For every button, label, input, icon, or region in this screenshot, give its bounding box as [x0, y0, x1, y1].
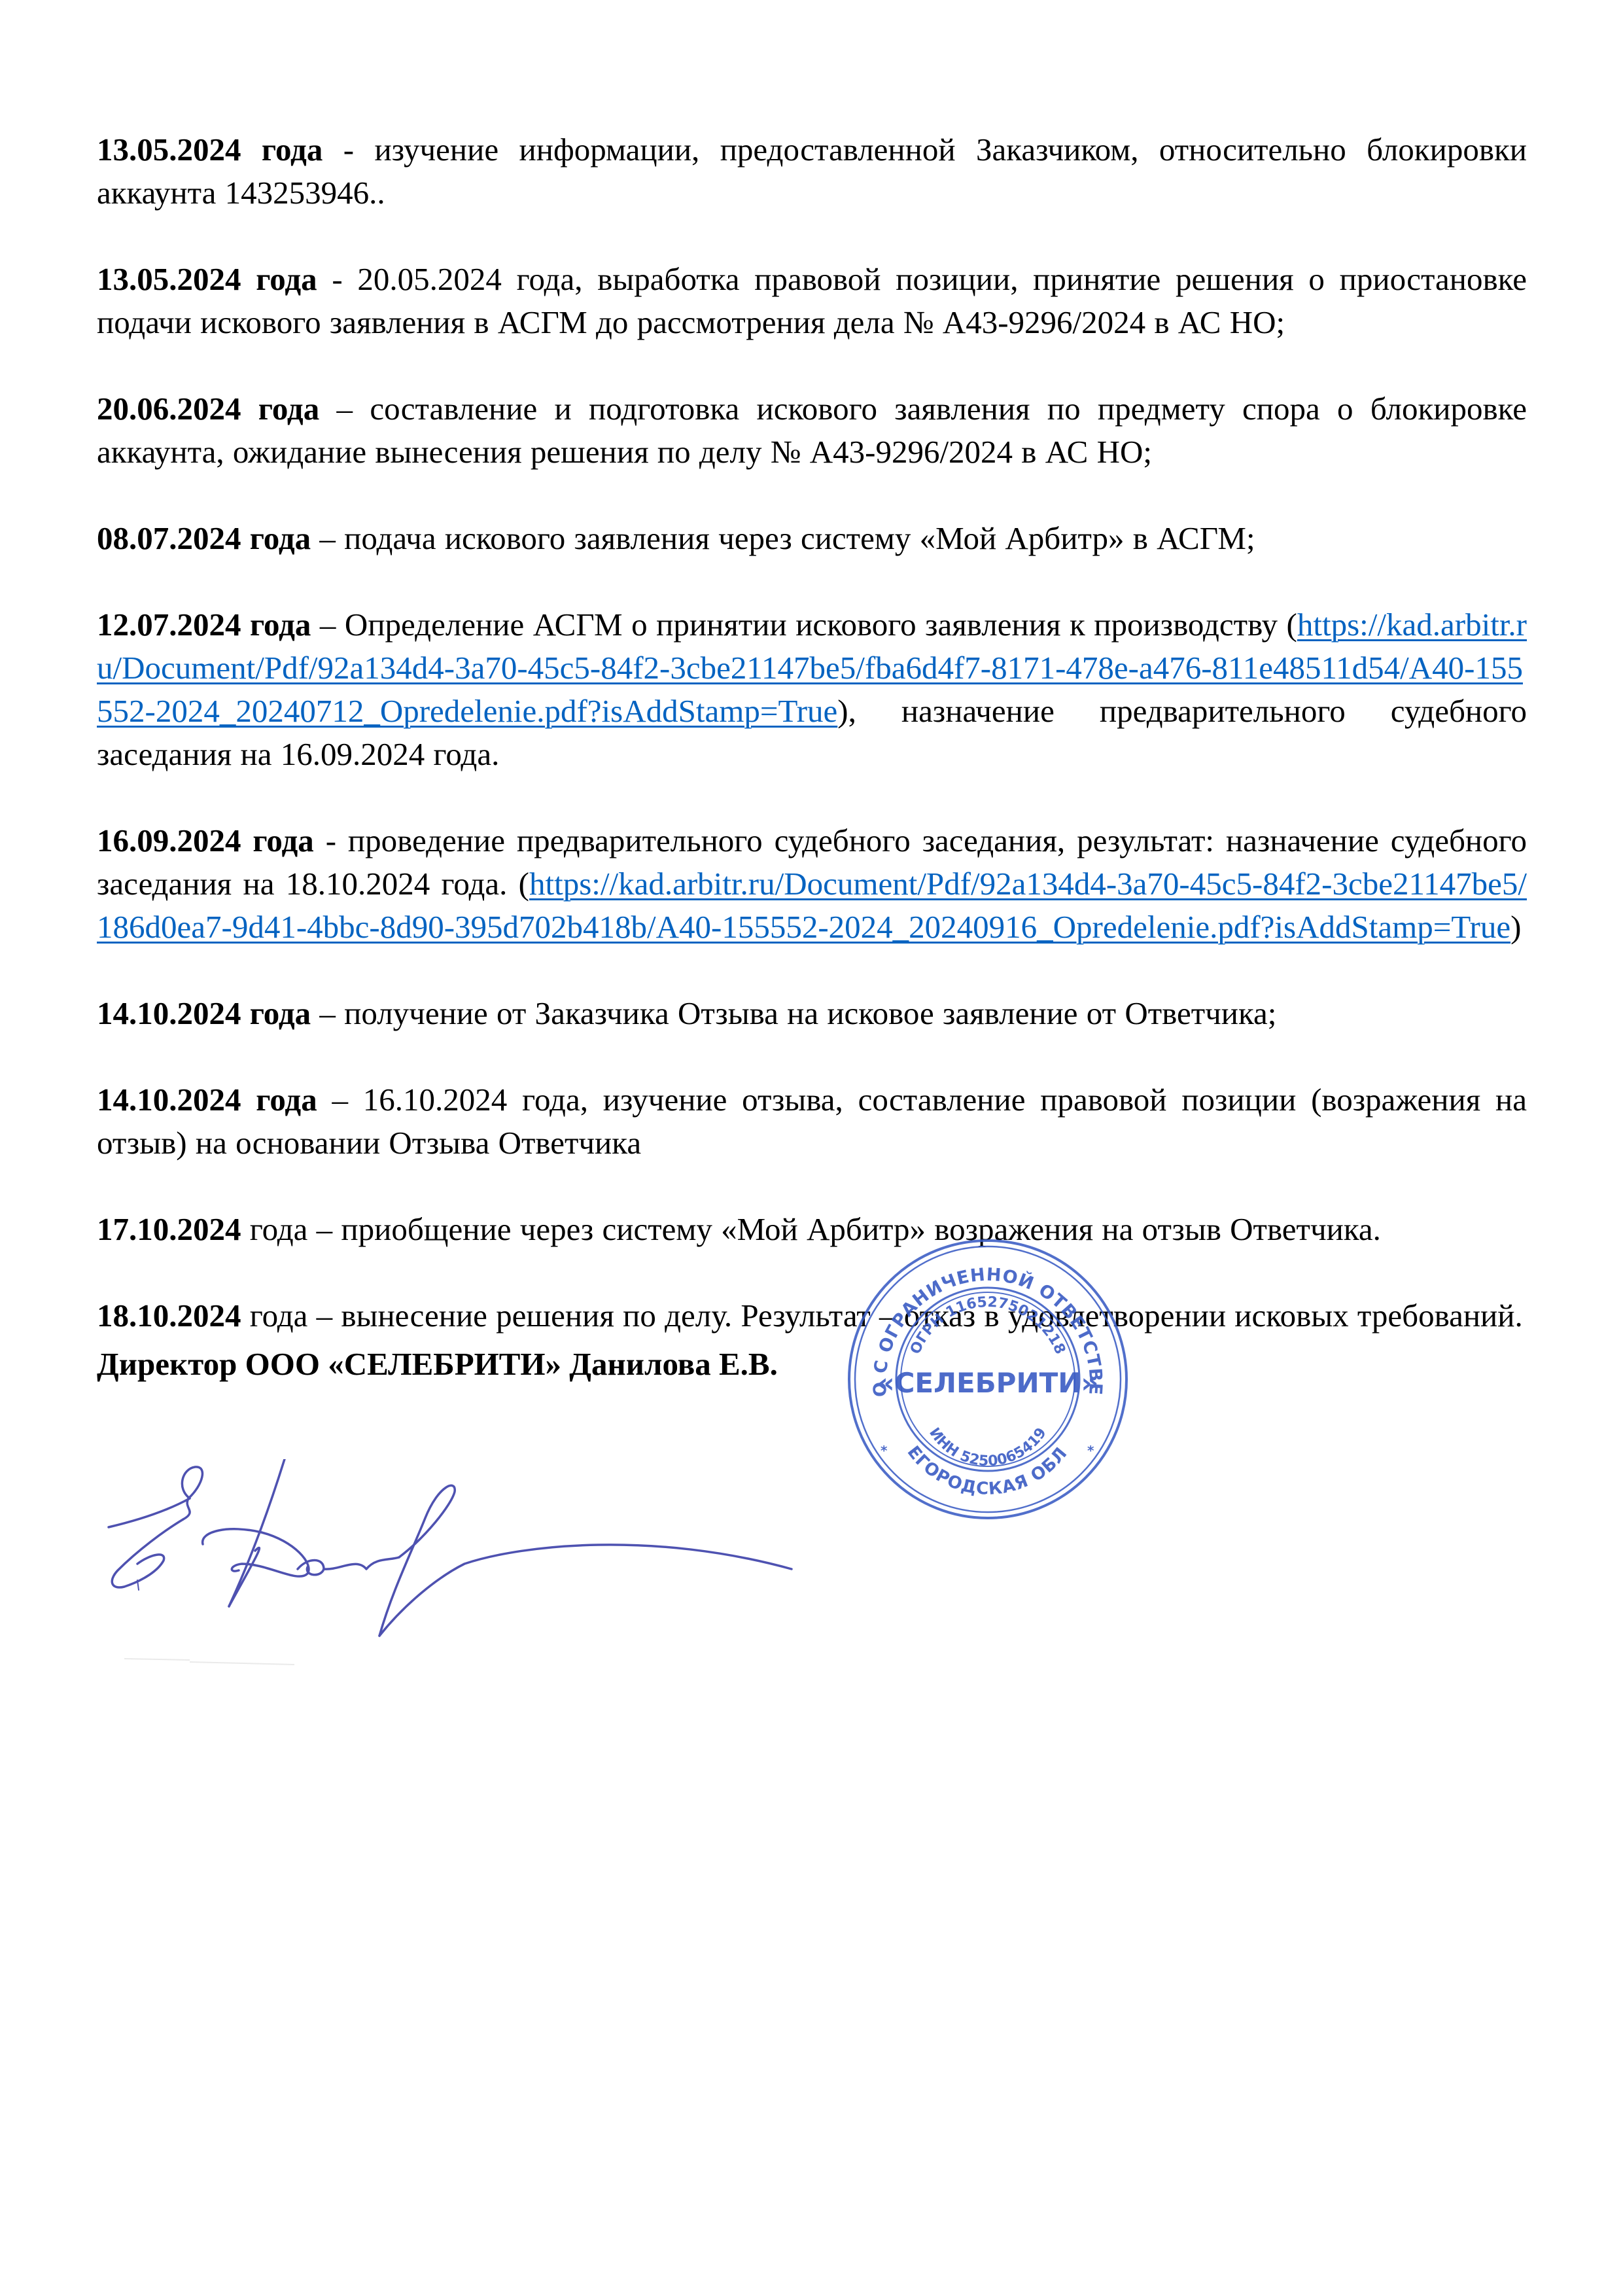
timeline-entry: 20.06.2024 года – составление и подготов…: [97, 387, 1527, 474]
svg-text:*: *: [881, 1443, 888, 1458]
entry-text: – Определение АСГМ о принятии искового з…: [311, 607, 1297, 643]
timeline-entry: 14.10.2024 года – получение от Заказчика…: [97, 992, 1527, 1035]
stamp-inn: ИНН 5250065419: [926, 1425, 1050, 1470]
entry-date: 17.10.2024: [97, 1211, 241, 1247]
svg-text:*: *: [1087, 1443, 1094, 1458]
timeline-entry: 13.05.2024 года - 20.05.2024 года, выраб…: [97, 258, 1527, 344]
entry-date: 20.06.2024 года: [97, 391, 319, 427]
svg-text:ИНН 5250065419: ИНН 5250065419: [926, 1425, 1050, 1470]
entry-date: 13.05.2024 года: [97, 261, 317, 297]
entry-date: 13.05.2024 года: [97, 132, 323, 168]
entry-date: 12.07.2024 года: [97, 607, 311, 643]
entry-date: 14.10.2024 года: [97, 995, 311, 1031]
timeline-entry: 14.10.2024 года – 16.10.2024 года, изуче…: [97, 1078, 1527, 1165]
stamp-ogrn: ОГРН 1165275021218: [907, 1294, 1068, 1357]
entry-text: – получение от Заказчика Отзыва на исков…: [311, 995, 1276, 1031]
entry-date: 16.09.2024 года: [97, 822, 314, 858]
timeline-entry: 16.09.2024 года - проведение предварител…: [97, 819, 1527, 949]
svg-text:ОГРН 1165275021218: ОГРН 1165275021218: [907, 1294, 1068, 1357]
timeline-entry: 17.10.2024 года – приобщение через систе…: [97, 1208, 1527, 1251]
entry-date: 18.10.2024: [97, 1298, 241, 1333]
stamp-company-name: «СЕЛЕБРИТИ»: [877, 1367, 1098, 1399]
handwritten-signature-icon: [98, 1459, 824, 1669]
entry-text: ): [1510, 909, 1521, 945]
timeline-entry: 12.07.2024 года – Определение АСГМ о при…: [97, 603, 1527, 776]
document-body: 13.05.2024 года - изучение информации, п…: [97, 128, 1527, 1381]
timeline-entry: 18.10.2024 года – вынесение решения по д…: [97, 1294, 1527, 1337]
entry-date: 14.10.2024 года: [97, 1082, 317, 1118]
entry-date: 08.07.2024 года: [97, 520, 311, 556]
company-stamp-icon: ОБЩЕСТВО С ОГРАНИЧЕННОЙ ОТВЕТСТВЕННОСТЬЮ…: [844, 1235, 1132, 1523]
signatory-title: Директор ООО «СЕЛЕБРИТИ» Данилова Е.В.: [97, 1343, 778, 1386]
entry-text: года – приобщение через систему «Мой Арб…: [241, 1211, 1381, 1247]
timeline-entry: 08.07.2024 года – подача искового заявле…: [97, 517, 1527, 560]
timeline-entry: 13.05.2024 года - изучение информации, п…: [97, 128, 1527, 215]
entry-text: – подача искового заявления через систем…: [311, 520, 1255, 556]
